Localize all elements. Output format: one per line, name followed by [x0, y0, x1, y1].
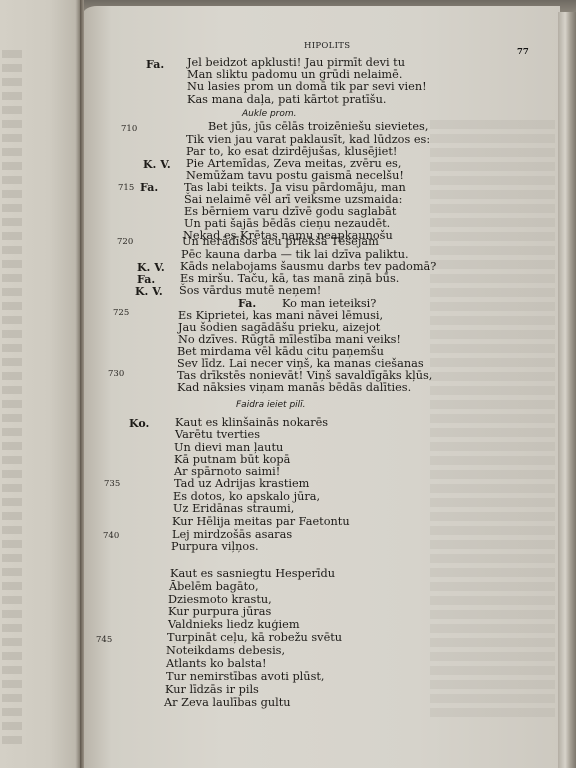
verse-line: Tas drīkstēs nonievāt! Viņš savaldīgāks …: [177, 370, 432, 381]
verse-line: Un dievi man ļautu: [174, 442, 283, 453]
verse-line: Es dotos, ko apskalo jūra,: [173, 491, 320, 502]
running-title: HIPOLITS: [304, 41, 350, 51]
verse-line: Turpināt ceļu, kā robežu svētu: [167, 632, 342, 643]
verse-line: Kad nāksies viņam manās bēdās dalīties.: [177, 382, 411, 393]
verse-line: Es miršu. Taču, kā, tas manā ziņā būs.: [180, 273, 399, 284]
speaker-label: K. V.: [135, 285, 163, 298]
line-number: 745: [96, 635, 112, 645]
page-content: HIPOLITS 77 Fa.Jel beidzot apklusti! Jau…: [0, 0, 576, 768]
verse-line: Un nerādīšos acu priekšā Tēsejam: [182, 236, 379, 247]
verse-line: Ābelēm bagāto,: [169, 581, 259, 592]
verse-line: Tik vien jau varat paklausīt, kad lūdzos…: [186, 134, 430, 145]
stage-direction: Aukle prom.: [242, 109, 297, 119]
verse-line: Es Kiprietei, kas mani nāvei lēmusi,: [178, 310, 383, 321]
verse-line: Varētu tverties: [175, 429, 260, 440]
speaker-label: Ko.: [129, 417, 149, 430]
line-number: 740: [103, 531, 119, 541]
verse-line: Pie Artemīdas, Zeva meitas, zvēru es,: [186, 158, 401, 169]
verse-line: Sev līdz. Lai necer viņš, ka manas cieša…: [177, 358, 424, 369]
verse-line: Par to, ko esat dzirdējušas, klusējiet!: [186, 146, 397, 157]
speaker-label: Fa.: [140, 181, 158, 194]
verse-line: Un pati šajās bēdās cieņu nezaudēt.: [184, 218, 390, 229]
verse-line: Kaut es sasniegtu Hesperīdu: [170, 568, 335, 579]
line-number: 735: [104, 479, 120, 489]
verse-line: Lej mirdzošās asaras: [172, 529, 292, 540]
verse-line: Ko man ieteiksi?: [282, 298, 376, 309]
verse-line: Purpura viļņos.: [171, 541, 259, 552]
verse-line: Man sliktu padomu un grūdi nelaimē.: [187, 69, 402, 80]
verse-line: Kāds nelabojams šausmu darbs tev padomā?: [180, 261, 436, 272]
verse-line: Ar Zeva laulības gultu: [164, 697, 291, 708]
line-number: 715: [118, 183, 134, 193]
speaker-label: K. V.: [143, 158, 171, 171]
verse-line: Nu lasies prom un domā tik par sevi vien…: [187, 81, 427, 92]
verse-line: No dzīves. Rūgtā mīlestība mani veiks!: [178, 334, 401, 345]
verse-line: Atlants ko balsta!: [166, 658, 266, 669]
verse-line: Jel beidzot apklusti! Jau pirmīt devi tu: [187, 57, 405, 68]
verse-line: Uz Eridānas straumi,: [173, 503, 294, 514]
verse-line: Kā putnam būt kopā: [174, 454, 290, 465]
line-number: 710: [121, 124, 137, 134]
verse-line: Bet jūs, jūs cēlās troizēniešu sievietes…: [208, 121, 428, 132]
verse-line: Es bērniem varu dzīvē godu saglabāt: [184, 206, 396, 217]
verse-line: Šai nelaimē vēl arī veiksme uzsmaida:: [184, 194, 402, 205]
verse-line: Šos vārdus mutē neņem!: [179, 285, 321, 296]
verse-line: Nemūžam tavu postu gaismā necelšu!: [186, 170, 404, 181]
verse-line: Tur nemirstības avoti plūst,: [166, 671, 325, 682]
verse-line: Tad uz Adrijas krastiem: [174, 478, 309, 489]
verse-line: Jau šodien sagādāšu prieku, aizejot: [178, 322, 380, 333]
verse-line: Kur purpura jūras: [168, 606, 271, 617]
verse-line: Kur līdzās ir pils: [165, 684, 259, 695]
speaker-label: Fa.: [146, 58, 164, 71]
page-number: 77: [517, 47, 529, 57]
verse-line: Kas mana daļa, pati kārtot pratīšu.: [187, 94, 386, 105]
verse-line: Valdnieks liedz kuģiem: [168, 619, 300, 630]
verse-line: Tas labi teikts. Ja visu pārdomāju, man: [184, 182, 406, 193]
verse-line: Kur Hēlija meitas par Faetontu: [172, 516, 350, 527]
verse-line: Pēc kauna darba — tik lai dzīva paliktu.: [181, 249, 409, 260]
verse-line: Noteikdams debesis,: [166, 645, 285, 656]
verse-line: Kaut es klinšainās nokarēs: [175, 417, 328, 428]
verse-line: Bet mirdama vēl kādu citu paņemšu: [177, 346, 384, 357]
line-number: 720: [117, 237, 133, 247]
verse-line: Dziesmoto krastu,: [168, 594, 272, 605]
line-number: 730: [108, 369, 124, 379]
stage-direction: Faidra ieiet pilī.: [236, 400, 306, 410]
line-number: 725: [113, 308, 129, 318]
verse-line: Ar spārnoto saimi!: [174, 466, 280, 477]
